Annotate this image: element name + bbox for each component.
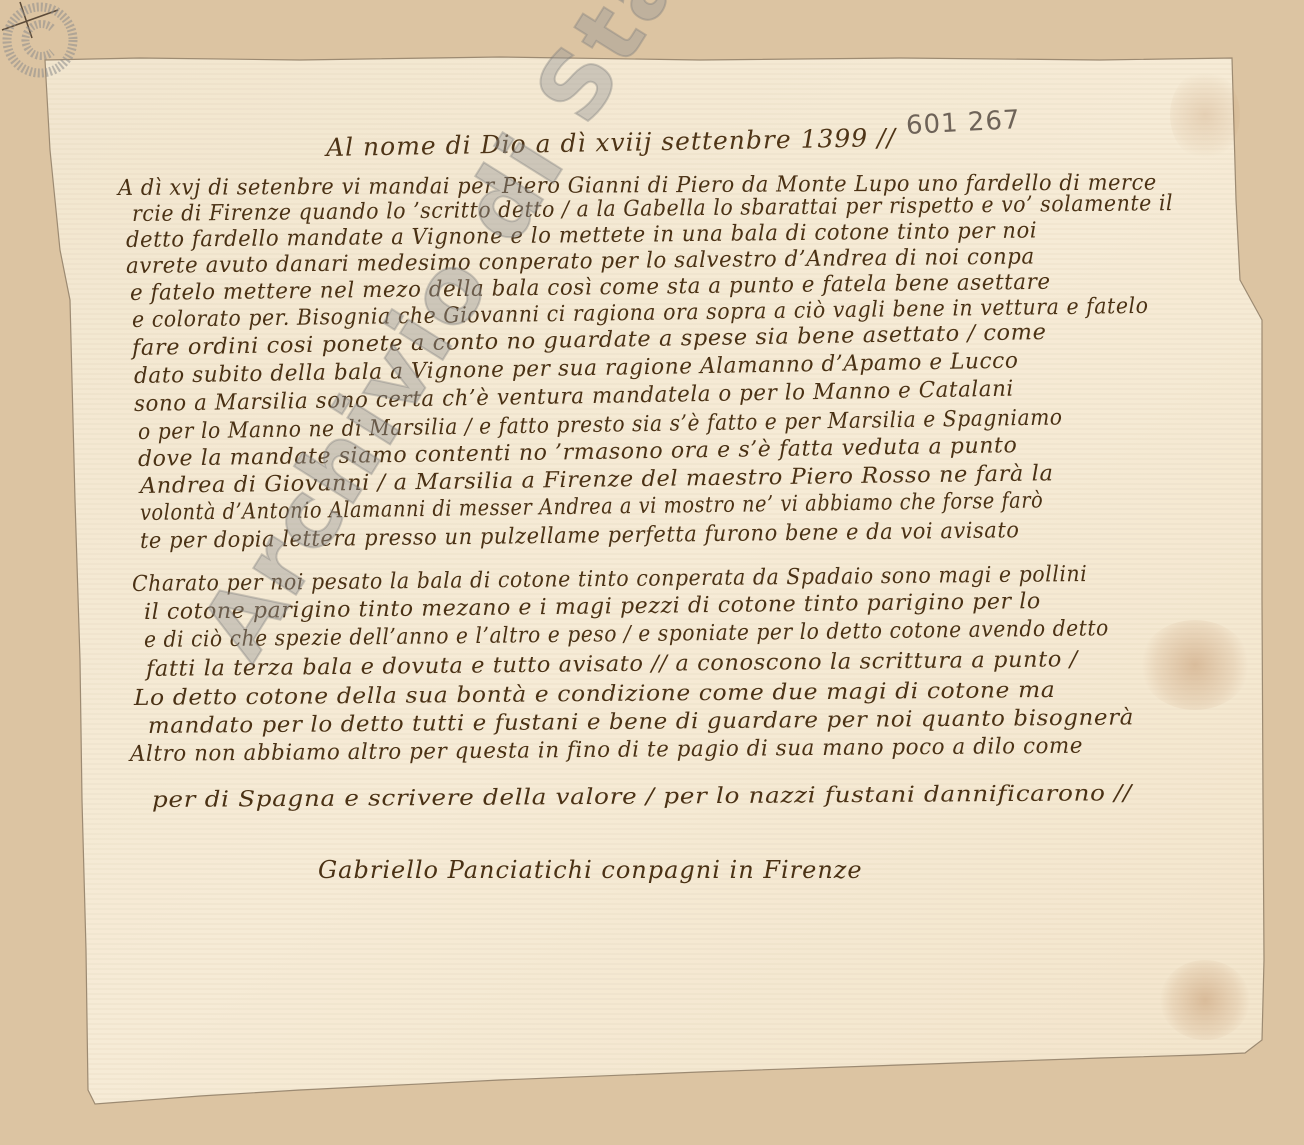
signature: Gabriello Panciatichi conpagni in Firenz… — [318, 856, 863, 884]
edge-stain — [1170, 70, 1240, 160]
water-stain — [1140, 620, 1250, 710]
copyright-icon — [0, 0, 80, 80]
foxing-stain — [1160, 960, 1250, 1040]
manuscript-page: 601 267 Al nome di Dio a dì xviij setten… — [0, 0, 1304, 1145]
archive-number: 601 267 — [905, 105, 1021, 141]
